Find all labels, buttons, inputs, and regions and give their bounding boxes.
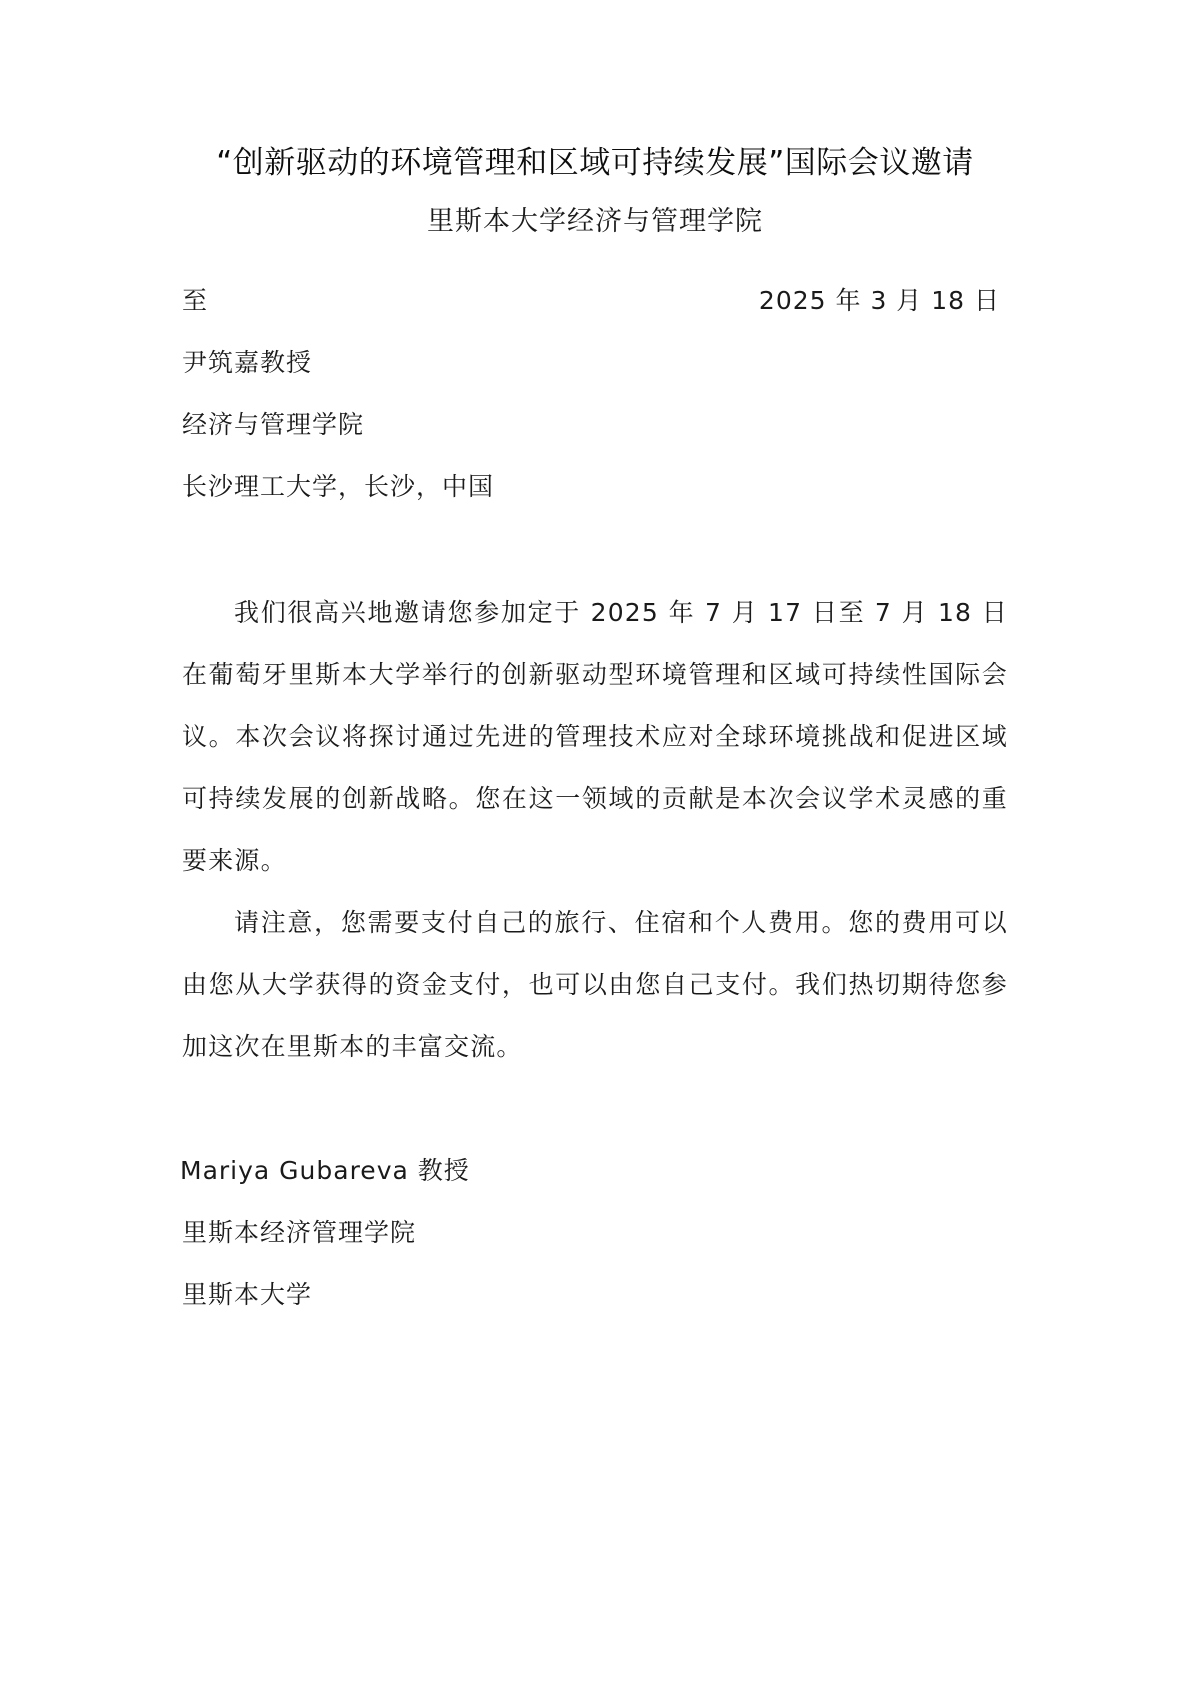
signatory-department: 里斯本经济管理学院 (182, 1220, 416, 1245)
letter-page: “创新驱动的环境管理和区域可持续发展”国际会议邀请 里斯本大学经济与管理学院 至… (0, 0, 1190, 1683)
issuer-institution: 里斯本大学经济与管理学院 (0, 208, 1190, 235)
signatory-name: Mariya Gubareva 教授 (180, 1158, 470, 1183)
signatory-university: 里斯本大学 (182, 1282, 312, 1307)
recipient-department: 经济与管理学院 (182, 412, 364, 437)
letter-title: “创新驱动的环境管理和区域可持续发展”国际会议邀请 (0, 148, 1190, 179)
recipient-university: 长沙理工大学，长沙，中国 (182, 474, 494, 499)
to-label: 至 (182, 288, 208, 313)
letter-date: 2025 年 3 月 18 日 (759, 288, 1000, 313)
recipient-name: 尹筑嘉教授 (182, 350, 312, 375)
body-paragraph-expenses: 请注意，您需要支付自己的旅行、住宿和个人费用。您的费用可以由您从大学获得的资金支… (182, 892, 1008, 1078)
body-paragraph-invitation: 我们很高兴地邀请您参加定于 2025 年 7 月 17 日至 7 月 18 日在… (182, 582, 1008, 892)
